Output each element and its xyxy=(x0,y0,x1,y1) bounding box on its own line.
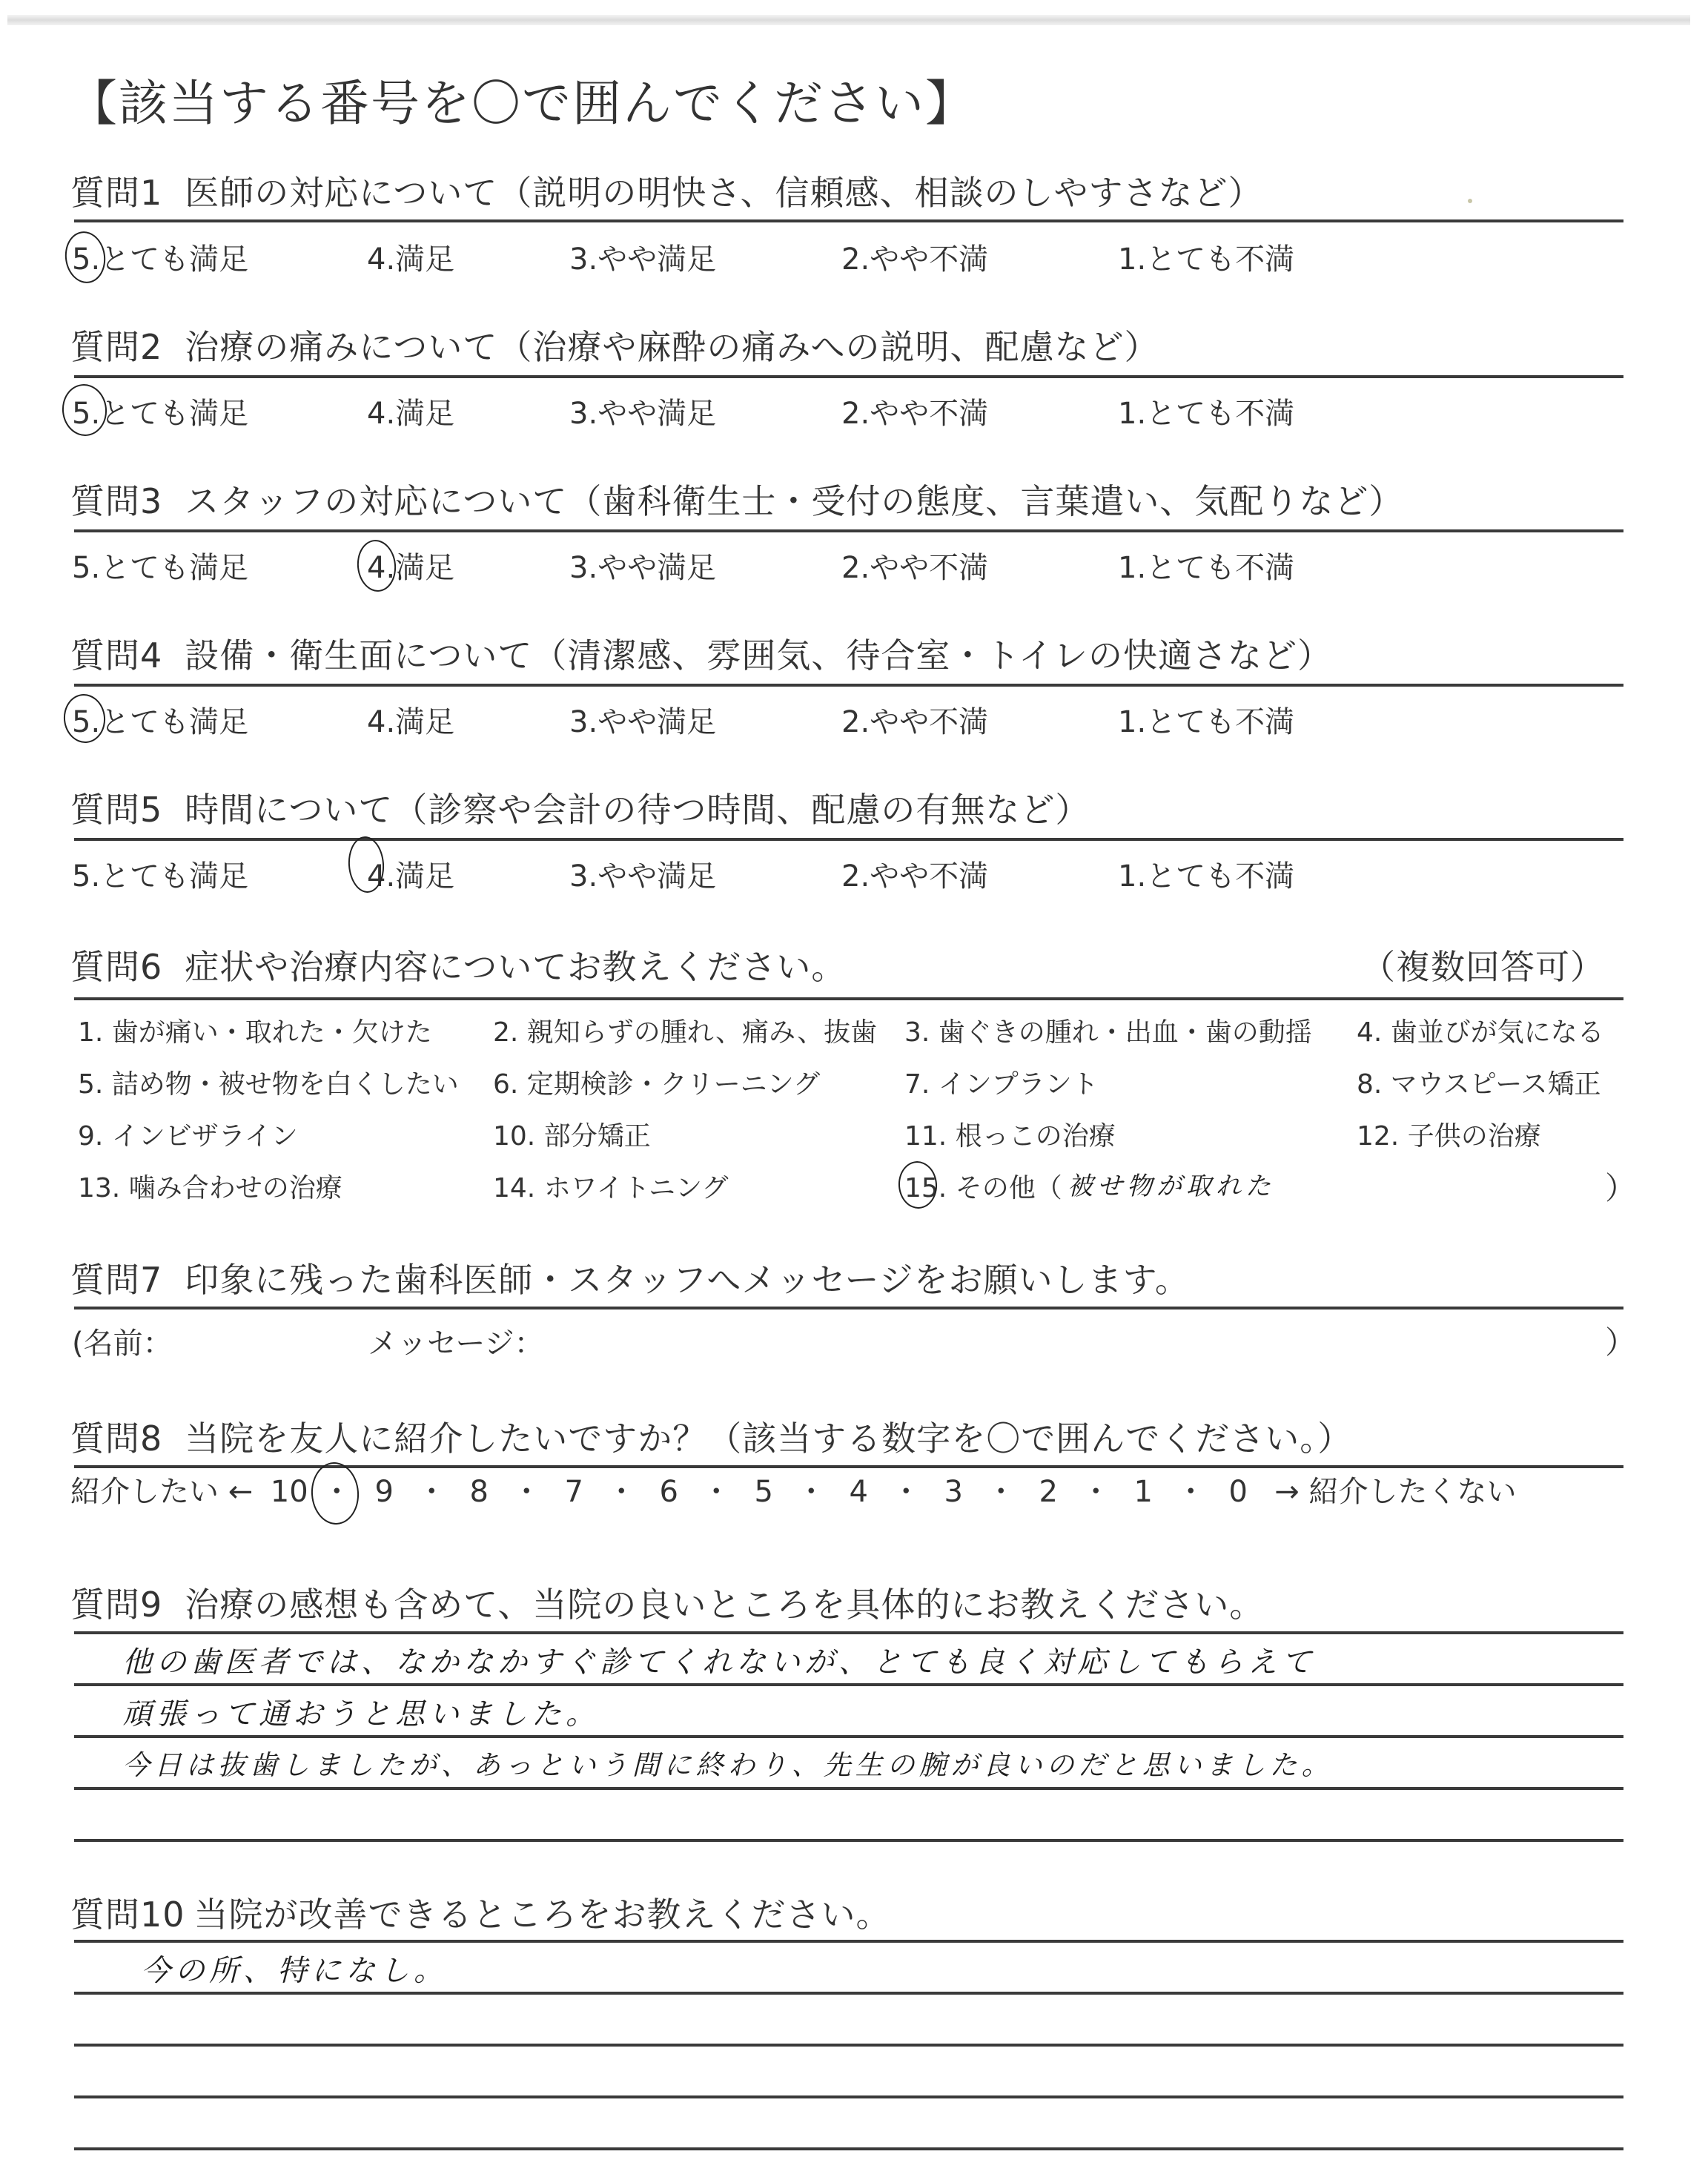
scale-value-6[interactable]: 6 xyxy=(646,1475,692,1509)
option-3[interactable]: 3.やや満足 xyxy=(569,390,716,432)
answer-line xyxy=(74,2044,1623,2047)
staff-name-label: (名前： xyxy=(72,1320,173,1362)
q10-answer-line-1[interactable]: 今の所、特になし。 xyxy=(141,1947,448,1989)
option-4[interactable]: 4.満足 xyxy=(367,544,454,587)
answer-line xyxy=(74,2147,1623,2150)
scale-value-0[interactable]: 0 xyxy=(1215,1475,1261,1509)
scale-value-9[interactable]: 9 xyxy=(361,1475,407,1509)
option-5[interactable]: 5.とても満足 xyxy=(72,698,248,741)
form-instruction-title: 【該当する番号を〇で囲んでください】 xyxy=(68,64,976,134)
separator: ・ xyxy=(1071,1468,1120,1510)
q6-option-13[interactable]: 13. 噛み合わせの治療 xyxy=(78,1167,342,1205)
question-4-heading: 質問4設備・衛生面について（清潔感、雰囲気、待合室・トイレの快適さなど） xyxy=(70,629,1332,678)
q6-option-2[interactable]: 2. 親知らずの腫れ、痛み、抜歯 xyxy=(493,1011,877,1049)
divider xyxy=(74,375,1623,378)
option-2[interactable]: 2.やや不満 xyxy=(841,236,988,278)
question-text: 設備・衛生面について（清潔感、雰囲気、待合室・トイレの快適さなど） xyxy=(185,635,1332,676)
scan-speck xyxy=(1468,199,1472,203)
question-number: 質問3 xyxy=(70,481,162,521)
scale-value-10[interactable]: 10 xyxy=(266,1475,312,1509)
question-text: スタッフの対応について（歯科衛生士・受付の態度、言葉遣い、気配りなど） xyxy=(185,481,1403,521)
scale-value-7[interactable]: 7 xyxy=(551,1475,597,1509)
q9-answer-line-3[interactable]: 今日は抜歯しましたが、あっという間に終わり、先生の腕が良いのだと思いました。 xyxy=(122,1743,1334,1783)
scale-value-3[interactable]: 3 xyxy=(930,1475,976,1509)
option-2[interactable]: 2.やや不満 xyxy=(841,698,988,741)
q6-option-6[interactable]: 6. 定期検診・クリーニング xyxy=(493,1063,820,1101)
separator: ・ xyxy=(881,1468,930,1510)
q9-answer-line-1[interactable]: 他の歯医者では、なかなかすぐ診てくれないが、とても良く対応してもらえて xyxy=(122,1639,1316,1681)
option-4[interactable]: 4.満足 xyxy=(367,236,454,278)
separator: ・ xyxy=(692,1468,741,1510)
scale-value-4[interactable]: 4 xyxy=(835,1475,881,1509)
question-6-heading: 質問6症状や治療内容についてお教えください。 xyxy=(70,940,846,989)
question-number: 質問4 xyxy=(70,635,162,676)
option-5[interactable]: 5.とても満足 xyxy=(72,544,248,587)
scan-top-edge xyxy=(7,15,1690,25)
option-1[interactable]: 1.とても不満 xyxy=(1118,544,1294,587)
scale-value-5[interactable]: 5 xyxy=(741,1475,787,1509)
question-number: 質問9 xyxy=(70,1585,162,1625)
option-2[interactable]: 2.やや不満 xyxy=(841,544,988,587)
q6-option-5[interactable]: 5. 詰め物・被せ物を白くしたい xyxy=(78,1063,459,1101)
q6-option-1[interactable]: 1. 歯が痛い・取れた・欠けた xyxy=(78,1011,432,1049)
scale-value-8[interactable]: 8 xyxy=(456,1475,502,1509)
q6-other-handwritten-text[interactable]: 被せ物が取れた xyxy=(1067,1166,1275,1202)
question-text: 当院を友人に紹介したいですか？（該当する数字を〇で囲んでください。） xyxy=(185,1418,1352,1459)
q6-option-10[interactable]: 10. 部分矯正 xyxy=(493,1115,651,1153)
answer-line xyxy=(74,1787,1623,1790)
question-text: 時間について（診察や会計の待つ時間、配慮の有無など） xyxy=(185,790,1090,830)
question-10-heading: 質問10当院が改善できるところをお教えください。 xyxy=(70,1888,891,1937)
q6-option-15-other[interactable]: 15. その他（ xyxy=(904,1167,1062,1205)
divider xyxy=(74,997,1623,1000)
option-3[interactable]: 3.やや満足 xyxy=(569,236,716,278)
divider xyxy=(74,219,1623,222)
recommendation-scale: 紹介したい ←10・9・8・7・6・5・4・3・2・1・0→ 紹介したくない xyxy=(70,1468,1516,1510)
q6-option-3[interactable]: 3. 歯ぐきの腫れ・出血・歯の動揺 xyxy=(904,1011,1312,1049)
separator: ・ xyxy=(1166,1468,1215,1510)
question-number: 質問5 xyxy=(70,790,162,830)
question-number: 質問8 xyxy=(70,1418,162,1459)
question-text: 治療の感想も含めて、当院の良いところを具体的にお教えください。 xyxy=(185,1585,1264,1625)
answer-line xyxy=(74,1683,1623,1686)
answer-line xyxy=(74,1735,1623,1738)
scale-value-1[interactable]: 1 xyxy=(1120,1475,1166,1509)
answer-line xyxy=(74,1992,1623,1995)
separator: ・ xyxy=(502,1468,551,1510)
q7-close-paren: ） xyxy=(1605,1318,1636,1363)
separator: ・ xyxy=(407,1468,456,1510)
option-3[interactable]: 3.やや満足 xyxy=(569,544,716,587)
answer-line xyxy=(74,1839,1623,1842)
divider xyxy=(74,1307,1623,1309)
option-2[interactable]: 2.やや不満 xyxy=(841,390,988,432)
option-1[interactable]: 1.とても不満 xyxy=(1118,390,1294,432)
scale-value-2[interactable]: 2 xyxy=(1025,1475,1071,1509)
separator: ・ xyxy=(312,1468,361,1510)
question-7-heading: 質問7印象に残った歯科医師・スタッフへメッセージをお願いします。 xyxy=(70,1253,1190,1302)
q6-option-14[interactable]: 14. ホワイトニング xyxy=(493,1167,728,1205)
option-5[interactable]: 5.とても満足 xyxy=(72,236,248,278)
q9-answer-line-2[interactable]: 頑張って通おうと思いました。 xyxy=(122,1691,600,1733)
q6-option-8[interactable]: 8. マウスピース矯正 xyxy=(1357,1063,1601,1101)
question-text: 治療の痛みについて（治療や麻酔の痛みへの説明、配慮など） xyxy=(185,327,1159,367)
q6-option-11[interactable]: 11. 根っこの治療 xyxy=(904,1115,1116,1153)
q6-option-7[interactable]: 7. インプラント xyxy=(904,1063,1099,1101)
divider xyxy=(74,529,1623,532)
divider xyxy=(74,838,1623,841)
option-4[interactable]: 4.満足 xyxy=(367,698,454,741)
answer-line xyxy=(74,1940,1623,1943)
question-text: 当院が改善できるところをお教えください。 xyxy=(194,1895,891,1935)
option-3[interactable]: 3.やや満足 xyxy=(569,853,716,895)
question-text: 医師の対応について（説明の明快さ、信頼感、相談のしやすさなど） xyxy=(185,173,1262,213)
message-label: メッセージ： xyxy=(368,1320,544,1362)
question-8-heading: 質問8当院を友人に紹介したいですか？（該当する数字を〇で囲んでください。） xyxy=(70,1412,1352,1461)
question-number: 質問10 xyxy=(70,1895,185,1935)
q6-option-4[interactable]: 4. 歯並びが気になる xyxy=(1357,1011,1604,1049)
multiple-answers-note: （複数回答可） xyxy=(1361,940,1605,989)
answer-line xyxy=(74,1631,1623,1634)
question-1-heading: 質問1医師の対応について（説明の明快さ、信頼感、相談のしやすさなど） xyxy=(70,166,1263,215)
divider xyxy=(74,684,1623,687)
question-number: 質問2 xyxy=(70,327,162,367)
option-3[interactable]: 3.やや満足 xyxy=(569,698,716,741)
scale-left-label: 紹介したい ← xyxy=(70,1468,253,1510)
q6-option-12[interactable]: 12. 子供の治療 xyxy=(1357,1115,1541,1153)
question-2-heading: 質問2治療の痛みについて（治療や麻酔の痛みへの説明、配慮など） xyxy=(70,320,1159,369)
separator: ・ xyxy=(976,1468,1025,1510)
option-1[interactable]: 1.とても不満 xyxy=(1118,853,1294,895)
option-1[interactable]: 1.とても不満 xyxy=(1118,236,1294,278)
question-9-heading: 質問9治療の感想も含めて、当院の良いところを具体的にお教えください。 xyxy=(70,1578,1264,1627)
question-3-heading: 質問3スタッフの対応について（歯科衛生士・受付の態度、言葉遣い、気配りなど） xyxy=(70,475,1403,524)
question-number: 質問7 xyxy=(70,1260,162,1300)
answer-line xyxy=(74,2095,1623,2098)
question-number: 質問1 xyxy=(70,173,162,213)
q6-option-9[interactable]: 9. インビザライン xyxy=(78,1115,298,1153)
question-text: 症状や治療内容についてお教えください。 xyxy=(185,947,846,987)
option-2[interactable]: 2.やや不満 xyxy=(841,853,988,895)
question-number: 質問6 xyxy=(70,947,162,987)
option-1[interactable]: 1.とても不満 xyxy=(1118,698,1294,741)
option-5[interactable]: 5.とても満足 xyxy=(72,390,248,432)
option-4[interactable]: 4.満足 xyxy=(367,390,454,432)
q6-other-close-paren: ） xyxy=(1605,1164,1636,1209)
question-5-heading: 質問5時間について（診察や会計の待つ時間、配慮の有無など） xyxy=(70,783,1090,832)
question-text: 印象に残った歯科医師・スタッフへメッセージをお願いします。 xyxy=(185,1260,1190,1300)
option-5[interactable]: 5.とても満足 xyxy=(72,853,248,895)
scale-right-label: → 紹介したくない xyxy=(1274,1468,1516,1510)
option-4[interactable]: 4.満足 xyxy=(367,853,454,895)
separator: ・ xyxy=(597,1468,646,1510)
separator: ・ xyxy=(787,1468,835,1510)
